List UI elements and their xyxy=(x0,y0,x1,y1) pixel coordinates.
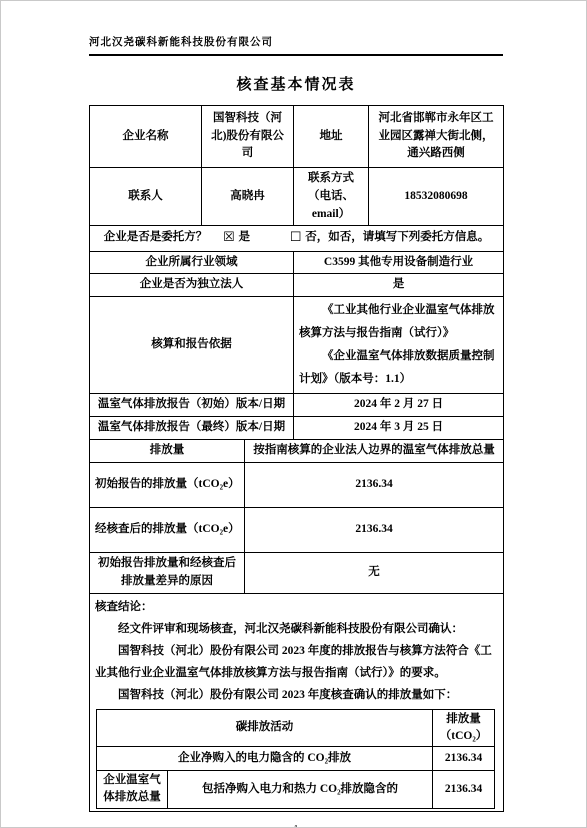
page-content: 河北汉尧碳科新能科技股份有限公司 核查基本情况表 企业名称 国智科技（河北)股份… xyxy=(89,1,503,828)
emission-summary-row: 企业净购入的电力隐含的 CO₂排放 2136.34 xyxy=(97,747,495,771)
conclusion-paragraph: 经文件评审和现场核查，河北汉尧碳科新能科技股份有限公司确认： xyxy=(95,618,498,640)
checkbox-unchecked-icon: ☐ xyxy=(290,228,302,248)
table-row-legal-entity: 企业是否为独立法人 是 xyxy=(90,274,504,297)
legal-entity-label: 企业是否为独立法人 xyxy=(90,274,294,297)
delegation-cell: 企业是否是委托方？ ☒ 是 ☐ 否，如否，请填写下列委托方信息。 xyxy=(90,226,504,251)
industry-label: 企业所属行业领域 xyxy=(90,251,294,274)
table-row-delegation: 企业是否是委托方？ ☒ 是 ☐ 否，如否，请填写下列委托方信息。 xyxy=(90,226,504,251)
conclusion-cell: 核查结论： 经文件评审和现场核查，河北汉尧碳科新能科技股份有限公司确认： 国智科… xyxy=(90,593,504,811)
checkbox-checked-icon: ☒ xyxy=(223,228,235,248)
basis-paragraph: 《企业温室气体排放数据质量控制计划》（版本号：1.1） xyxy=(299,345,498,391)
contact-method-value: 18532080698 xyxy=(369,168,504,226)
address-value: 河北省邯郸市永年区工业园区露禅大街北侧，通兴路西侧 xyxy=(369,106,504,168)
verified-emission-label: 经核查后的排放量（tCO₂e） xyxy=(90,508,245,553)
table-row-initial-emission: 初始报告的排放量（tCO₂e） 2136.34 xyxy=(90,463,504,508)
difference-label: 初始报告排放量和经核查后排放量差异的原因 xyxy=(90,553,245,594)
industry-value: C3599 其他专用设备制造行业 xyxy=(294,251,504,274)
verification-info-table: 企业名称 国智科技（河北)股份有限公司 地址 河北省邯郸市永年区工业园区露禅大街… xyxy=(89,105,504,812)
page-number: 1 xyxy=(89,824,503,828)
emission-header-value: 按指南核算的企业法人边界的温室气体排放总量 xyxy=(245,440,504,463)
table-row-conclusion: 核查结论： 经文件评审和现场核查，河北汉尧碳科新能科技股份有限公司确认： 国智科… xyxy=(90,593,504,811)
emission-header-label: 排放量 xyxy=(90,440,245,463)
emission-summary-table: 碳排放活动 排放量（tCO₂） 企业净购入的电力隐含的 CO₂排放 2136.3… xyxy=(96,709,495,809)
delegation-no-label: 否，如否，请填写下列委托方信息。 xyxy=(305,231,489,243)
initial-emission-label: 初始报告的排放量（tCO₂e） xyxy=(90,463,245,508)
table-row-verified-emission: 经核查后的排放量（tCO₂e） 2136.34 xyxy=(90,508,504,553)
contact-method-label: 联系方式（电话、email） xyxy=(294,168,369,226)
table-row-industry: 企业所属行业领域 C3599 其他专用设备制造行业 xyxy=(90,251,504,274)
report-final-label: 温室气体排放报告（最终）版本/日期 xyxy=(90,417,294,440)
table-row-report-initial: 温室气体排放报告（初始）版本/日期 2024 年 2 月 27 日 xyxy=(90,394,504,417)
table-row-contact: 联系人 高晓冉 联系方式（电话、email） 18532080698 xyxy=(90,168,504,226)
table-row-basis: 核算和报告依据 《工业其他行业企业温室气体排放核算方法与报告指南（试行）》 《企… xyxy=(90,297,504,394)
conclusion-paragraph: 国智科技（河北）股份有限公司 2023 年度核查确认的排放量如下： xyxy=(95,684,498,706)
report-initial-label: 温室气体排放报告（初始）版本/日期 xyxy=(90,394,294,417)
contact-value: 高晓冉 xyxy=(202,168,294,226)
company-name-label: 企业名称 xyxy=(90,106,202,168)
table-row-difference: 初始报告排放量和经核查后排放量差异的原因 无 xyxy=(90,553,504,594)
amount-value: 2136.34 xyxy=(433,747,495,771)
verified-emission-value: 2136.34 xyxy=(245,508,504,553)
table-row-report-final: 温室气体排放报告（最终）版本/日期 2024 年 3 月 25 日 xyxy=(90,417,504,440)
company-name-value: 国智科技（河北)股份有限公司 xyxy=(202,106,294,168)
document-header-company: 河北汉尧碳科新能科技股份有限公司 xyxy=(89,34,503,56)
difference-value: 无 xyxy=(245,553,504,594)
conclusion-heading: 核查结论： xyxy=(95,596,498,618)
report-initial-value: 2024 年 2 月 27 日 xyxy=(294,394,504,417)
contact-label: 联系人 xyxy=(90,168,202,226)
delegation-question: 企业是否是委托方？ xyxy=(104,231,208,243)
address-label: 地址 xyxy=(294,106,369,168)
initial-emission-value: 2136.34 xyxy=(245,463,504,508)
amount-header: 排放量（tCO₂） xyxy=(433,709,495,747)
basis-paragraph: 《工业其他行业企业温室气体排放核算方法与报告指南（试行）》 xyxy=(299,299,498,345)
emission-summary-header-row: 碳排放活动 排放量（tCO₂） xyxy=(97,709,495,747)
document-page: 河北汉尧碳科新能科技股份有限公司 核查基本情况表 企业名称 国智科技（河北)股份… xyxy=(0,0,587,828)
activity-value: 包括净购入电力和热力 CO₂排放隐含的 xyxy=(168,771,433,809)
legal-entity-value: 是 xyxy=(294,274,504,297)
table-row-emission-header: 排放量 按指南核算的企业法人边界的温室气体排放总量 xyxy=(90,440,504,463)
report-final-value: 2024 年 3 月 25 日 xyxy=(294,417,504,440)
delegation-yes-label: 是 xyxy=(239,231,251,243)
basis-label: 核算和报告依据 xyxy=(90,297,294,394)
activity-value: 企业净购入的电力隐含的 CO₂排放 xyxy=(97,747,433,771)
conclusion-paragraph: 国智科技（河北）股份有限公司 2023 年度的排放报告与核算方法符合《工业其他行… xyxy=(95,640,498,684)
page-title: 核查基本情况表 xyxy=(89,73,503,94)
emission-summary-row: 企业温室气体排放总量 包括净购入电力和热力 CO₂排放隐含的 2136.34 xyxy=(97,771,495,809)
amount-value: 2136.34 xyxy=(433,771,495,809)
group-label: 企业温室气体排放总量 xyxy=(97,771,168,809)
activity-header: 碳排放活动 xyxy=(97,709,433,747)
basis-value: 《工业其他行业企业温室气体排放核算方法与报告指南（试行）》 《企业温室气体排放数… xyxy=(294,297,504,394)
table-row-company: 企业名称 国智科技（河北)股份有限公司 地址 河北省邯郸市永年区工业园区露禅大街… xyxy=(90,106,504,168)
